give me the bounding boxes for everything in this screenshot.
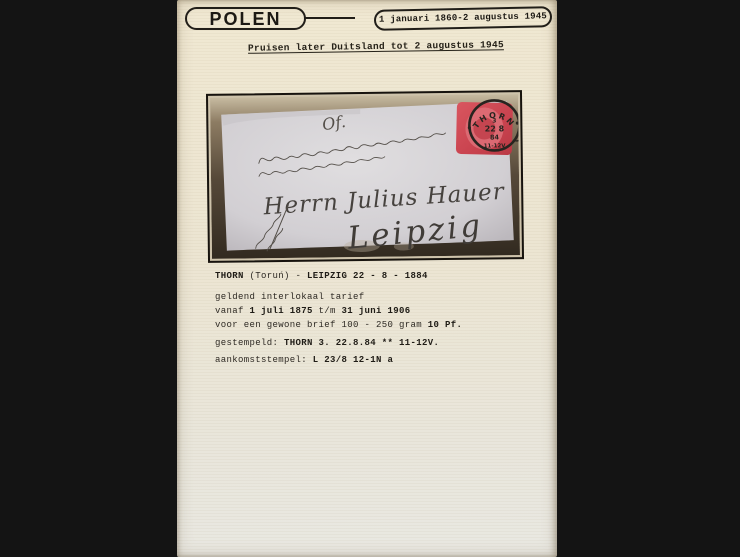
description-block: THORN (Toruń) - LEIPZIG 22 - 8 - 1884gel… <box>215 271 550 371</box>
photo-background: POLEN 1 januari 1860-2 augustus 1945 Pru… <box>0 0 740 557</box>
postmark-time-text: 11-12V <box>484 143 507 149</box>
description-line: geldend interlokaal tarief <box>215 292 365 303</box>
album-page: POLEN 1 januari 1860-2 augustus 1945 Pru… <box>177 0 557 557</box>
handwritten-mark: Of. <box>321 112 347 134</box>
postmark-date-text: 22 8 <box>485 124 505 133</box>
description-line: vanaf 1 juli 1875 t/m 31 juni 1906 <box>215 306 411 317</box>
postmark-year-text: 84 <box>490 133 500 141</box>
description-line: THORN (Toruń) - LEIPZIG 22 - 8 - 1884 <box>215 271 428 282</box>
cover-photo-frame: THORN 3 22 8 84 11-12V Of. Herrn Julius … <box>206 90 524 263</box>
country-label: POLEN <box>209 10 281 28</box>
postmark-office-text: 3 <box>492 117 496 124</box>
description-line: voor een gewone brief 100 - 250 gram 10 … <box>215 320 462 331</box>
description-line: gestempeld: THORN 3. 22.8.84 ** 11-12V. <box>215 338 439 349</box>
cover-photo: THORN 3 22 8 84 11-12V Of. Herrn Julius … <box>210 94 520 259</box>
page-subtitle: Pruisen later Duitsland tot 2 augustus 1… <box>248 39 504 55</box>
description-line: aankomststempel: L 23/8 12-1N a <box>215 355 393 366</box>
country-pill: POLEN <box>185 7 306 30</box>
header-connector-line <box>305 17 355 19</box>
period-pill: 1 januari 1860-2 augustus 1945 <box>374 6 552 31</box>
period-label: 1 januari 1860-2 augustus 1945 <box>379 12 547 25</box>
